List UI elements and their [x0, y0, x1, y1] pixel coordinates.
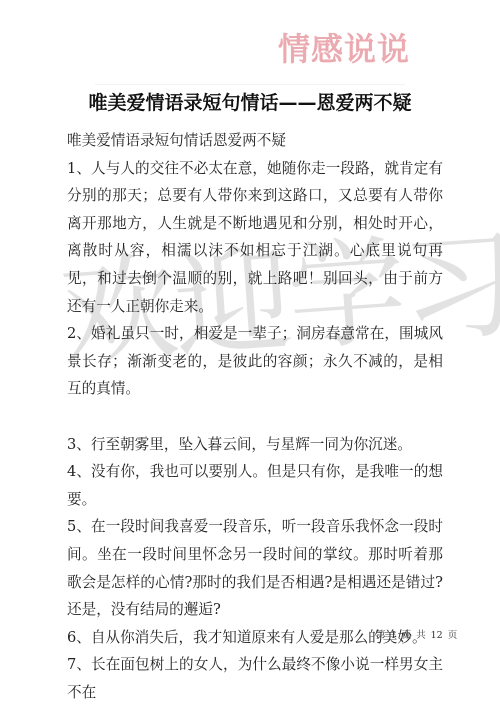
paragraph-4: 4、没有你，我也可以要别人。但是只有你，是我唯一的想要。 — [67, 458, 443, 513]
document-page: 情感说说 欢迎学习 唯美爱情语录短句情话——恩爱两不疑 唯美爱情语录短句情话恩爱… — [0, 0, 500, 708]
document-body: 唯美爱情语录短句情话恩爱两不疑 1、人与人的交往不必太在意，她随你走一段路，就肯… — [67, 127, 443, 706]
document-title: 唯美爱情语录短句情话——恩爱两不疑 — [0, 94, 500, 113]
blank-line — [67, 403, 443, 431]
page-number-footer: 第 1 页 共 12 页 — [376, 627, 457, 641]
paragraph-1: 1、人与人的交往不必太在意，她随你走一段路，就肯定有分别的那天；总要有人带你来到… — [67, 155, 443, 321]
paragraph-3: 3、行至朝雾里，坠入暮云间，与星辉一同为你沉迷。 — [67, 431, 443, 459]
document-subtitle: 唯美爱情语录短句情话恩爱两不疑 — [67, 127, 443, 155]
paragraph-7: 7、长在面包树上的女人，为什么最终不像小说一样男女主不在 — [67, 651, 443, 706]
brand-watermark: 情感说说 — [278, 33, 410, 65]
header-divider — [95, 84, 405, 85]
paragraph-2: 2、婚礼虽只一时，相爱是一辈子；洞房春意常在，围城风景长存；渐渐变老的，是彼此的… — [67, 320, 443, 403]
paragraph-5: 5、在一段时间我喜爱一段音乐，听一段音乐我怀念一段时间。坐在一段时间里怀念另一段… — [67, 513, 443, 623]
